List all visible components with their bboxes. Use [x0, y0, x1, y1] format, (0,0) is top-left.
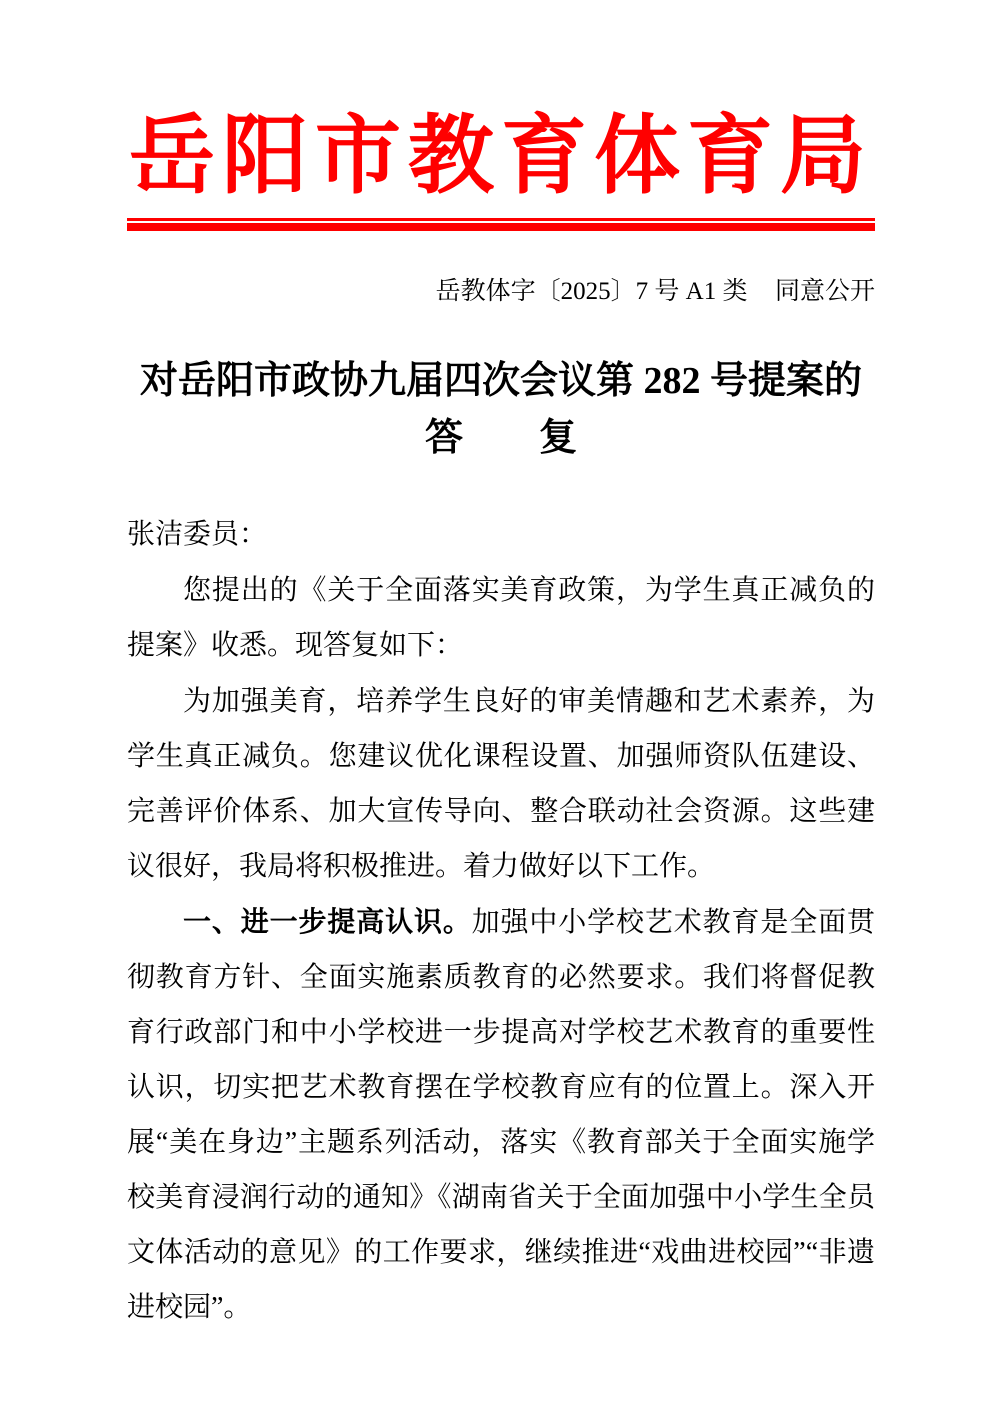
page-content: 岳阳市教育体育局 岳教体字〔2025〕7 号 A1 类同意公开 对岳阳市政协九届… [0, 106, 1000, 1335]
paragraph: 您提出的《关于全面落实美育政策，为学生真正减负的提案》收悉。现答复如下： [127, 562, 875, 673]
letterhead-divider-line [127, 218, 875, 231]
document-title: 对岳阳市政协九届四次会议第 282 号提案的 答 复 [127, 353, 875, 467]
paragraph: 一、进一步提高认识。加强中小学校艺术教育是全面贯彻教育方针、全面实施素质教育的必… [127, 894, 875, 1335]
doc-number: 岳教体字〔2025〕7 号 A1 类 [436, 278, 748, 305]
salutation: 张洁委员： [127, 507, 875, 562]
paragraph-lead: 一、进一步提高认识。 [183, 906, 472, 937]
title-line-1: 对岳阳市政协九届四次会议第 282 号提案的 [127, 353, 875, 410]
paragraph-text: 加强中小学校艺术教育是全面贯彻教育方针、全面实施素质教育的必然要求。我们将督促教… [127, 907, 875, 1323]
doc-number-line: 岳教体字〔2025〕7 号 A1 类同意公开 [127, 275, 875, 309]
document-body: 张洁委员： 您提出的《关于全面落实美育政策，为学生真正减负的提案》收悉。现答复如… [127, 507, 875, 1335]
paragraph-text: 为加强美育，培养学生良好的审美情趣和艺术素养，为学生真正减负。您建议优化课程设置… [127, 686, 875, 882]
publicity-note: 同意公开 [775, 278, 875, 305]
paragraph: 为加强美育，培养学生良好的审美情趣和艺术素养，为学生真正减负。您建议优化课程设置… [127, 673, 875, 894]
title-line-2: 答 复 [127, 410, 875, 467]
paragraph-text: 您提出的《关于全面落实美育政策，为学生真正减负的提案》收悉。现答复如下： [127, 575, 875, 661]
document-page: 岳阳市教育体育局 岳教体字〔2025〕7 号 A1 类同意公开 对岳阳市政协九届… [0, 0, 1000, 1414]
agency-letterhead-title: 岳阳市教育体育局 [127, 106, 875, 207]
